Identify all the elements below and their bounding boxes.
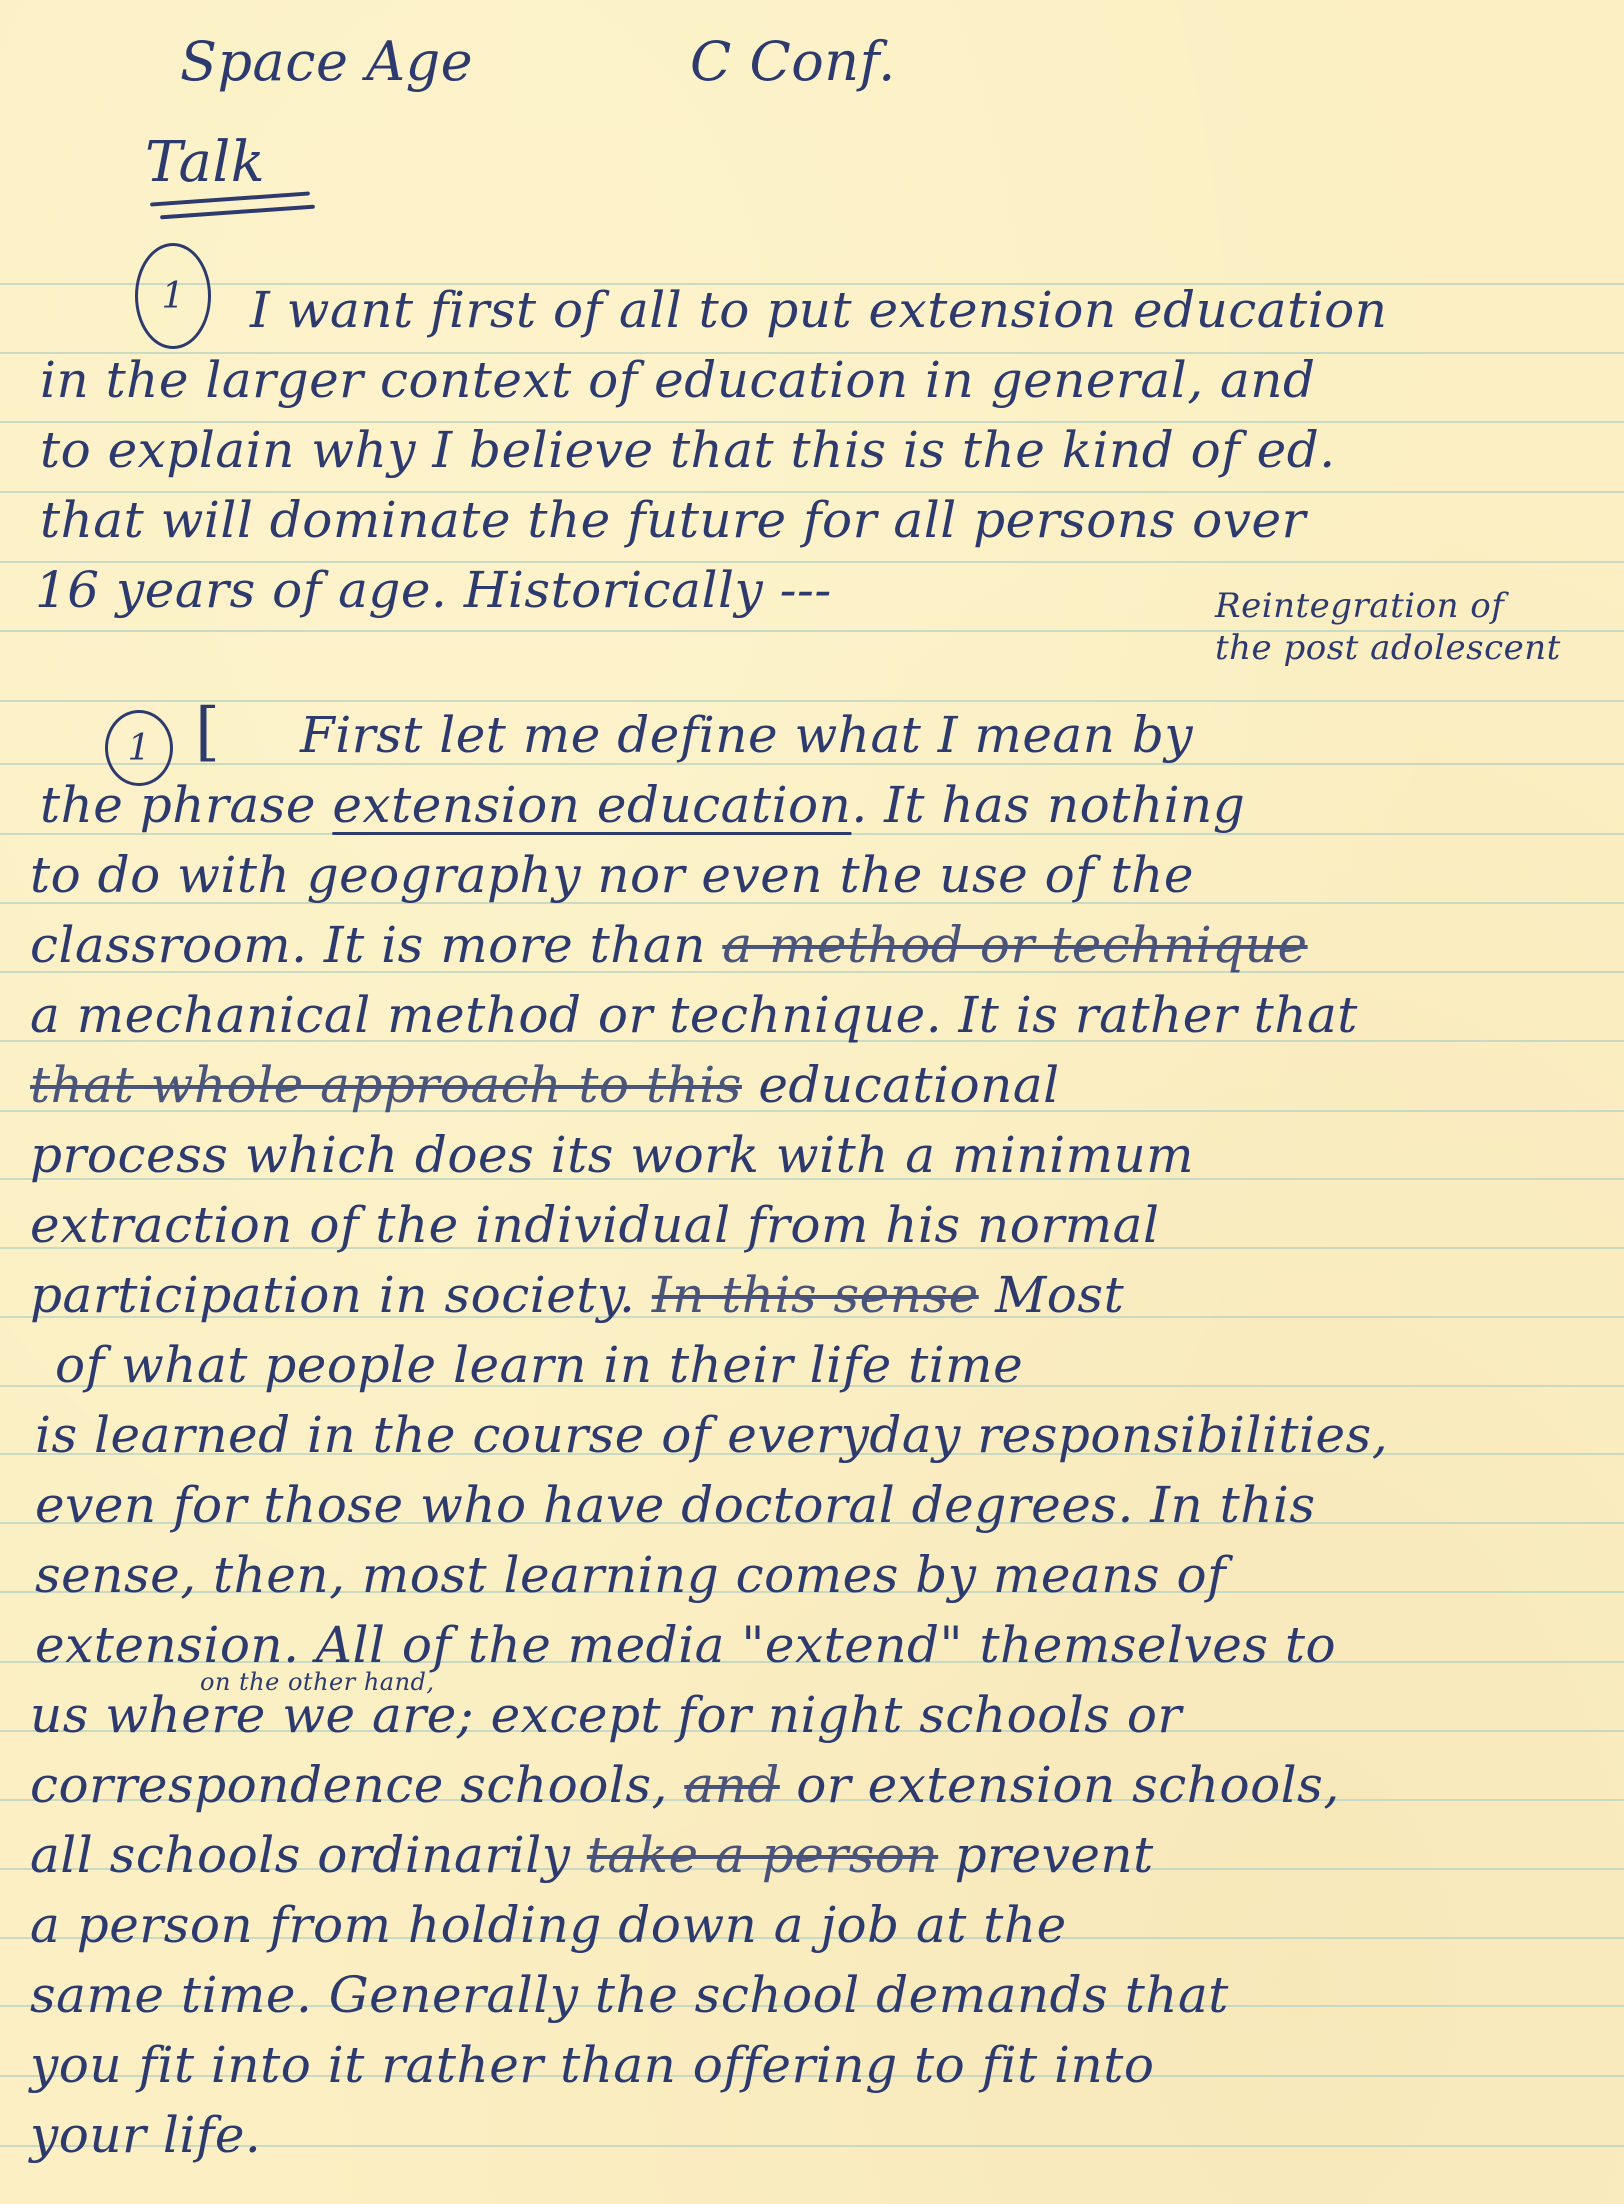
margin-note-line: Reintegration of: [1215, 585, 1561, 627]
header-conference: C Conf.: [690, 30, 896, 93]
line-text: us where we are;: [30, 1686, 491, 1744]
section-1-line: to explain why I believe that this is th…: [40, 420, 1336, 480]
section-2-line: First let me define what I mean by: [300, 705, 1193, 765]
section-1-line: in the larger context of education in ge…: [40, 350, 1316, 410]
page-title: Talk: [145, 130, 265, 195]
section-2-line: same time. Generally the school demands …: [30, 1965, 1229, 2025]
header-event: Space Age: [180, 30, 473, 93]
title-underline: [160, 205, 315, 220]
line-text: except for night schools or: [491, 1686, 1182, 1744]
struck-text: take a person: [587, 1826, 938, 1884]
margin-note-line: the post adolescent: [1215, 627, 1561, 669]
section-1-line: I want first of all to put extension edu…: [250, 280, 1387, 340]
section-2-line: classroom. It is more than a method or t…: [30, 915, 1308, 975]
line-text: all schools ordinarily: [30, 1826, 587, 1884]
section-2-line: you fit into it rather than offering to …: [30, 2035, 1154, 2095]
section-2-line: correspondence schools, and or extension…: [30, 1755, 1340, 1815]
section-2-line: all schools ordinarily take a person pre…: [30, 1825, 1154, 1885]
section-2-line: your life.: [30, 2105, 261, 2165]
section-2-line: the phrase extension education. It has n…: [40, 775, 1245, 835]
section-2-line: is learned in the course of everyday res…: [35, 1405, 1388, 1465]
struck-text: and: [684, 1756, 780, 1814]
section-2-line: extension. All of the media "extend" the…: [35, 1615, 1336, 1675]
line-text: participation in society.: [30, 1266, 652, 1324]
section-2-line: process which does its work with a minim…: [30, 1125, 1194, 1185]
line-text: classroom. It is more than: [30, 916, 722, 974]
opening-bracket: [: [195, 695, 220, 769]
struck-text: a method or technique: [722, 916, 1307, 974]
margin-note: Reintegration of the post adolescent: [1215, 585, 1561, 669]
line-text: or extension schools,: [780, 1756, 1340, 1814]
section-2-line: us where we are; except for night school…: [30, 1685, 1182, 1745]
section-2-line: of what people learn in their life time: [55, 1335, 1023, 1395]
section-1-line: 16 years of age. Historically ---: [35, 560, 832, 620]
section-2-line: sense, then, most learning comes by mean…: [35, 1545, 1226, 1605]
notepad-page: Space Age C Conf. Talk 1 I want first of…: [0, 0, 1624, 2204]
ruled-line: [0, 700, 1624, 702]
section-2-line: a mechanical method or technique. It is …: [30, 985, 1358, 1045]
section-1-line: that will dominate the future for all pe…: [40, 490, 1306, 550]
line-text: Most: [979, 1266, 1124, 1324]
line-text: correspondence schools,: [30, 1756, 684, 1814]
section-2-line: even for those who have doctoral degrees…: [35, 1475, 1316, 1535]
section-2-line: that whole approach to this educational: [30, 1055, 1060, 1115]
struck-text: In this sense: [652, 1266, 979, 1324]
section-2-line: to do with geography nor even the use of…: [30, 845, 1194, 905]
section-2-line: extraction of the individual from his no…: [30, 1195, 1159, 1255]
section-1-marker: 1: [135, 243, 211, 349]
section-2-line: a person from holding down a job at the: [30, 1895, 1067, 1955]
line-text: the phrase: [40, 776, 332, 834]
section-2-line: participation in society. In this sense …: [30, 1265, 1124, 1325]
struck-text: that whole approach to this: [30, 1056, 742, 1114]
line-text: educational: [742, 1056, 1060, 1114]
underlined-phrase: extension education: [332, 776, 851, 834]
line-text: prevent: [938, 1826, 1154, 1884]
line-text: . It has nothing: [851, 776, 1245, 834]
